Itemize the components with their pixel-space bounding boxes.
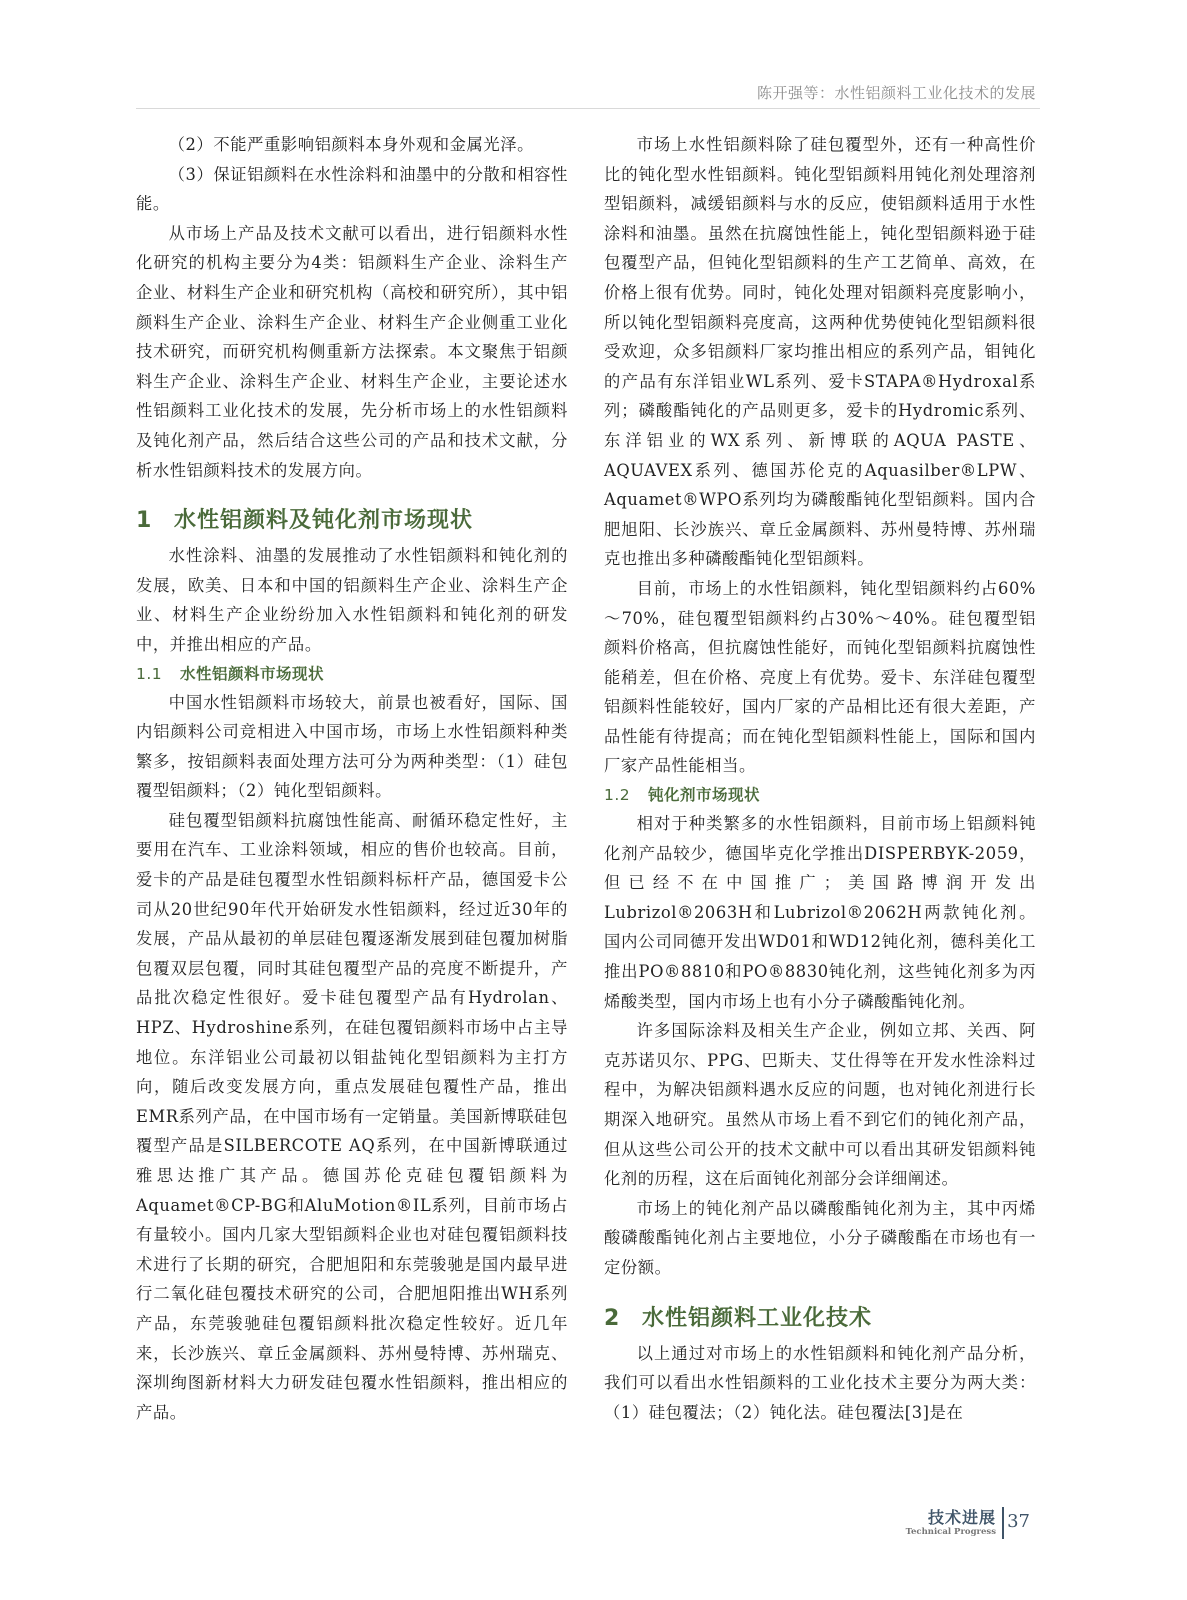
column-subtitle: Technical Progress bbox=[906, 1527, 996, 1537]
running-title: 陈开强等：水性铝颜料工业化技术的发展 bbox=[757, 82, 1036, 103]
paragraph: 相对于种类繁多的水性铝颜料，目前市场上铝颜料钝化剂产品较少，德国毕克化学推出DI… bbox=[604, 809, 1036, 1016]
paragraph: （2）不能严重影响铝颜料本身外观和金属光泽。 bbox=[136, 130, 568, 160]
paragraph: 许多国际涂料及相关生产企业，例如立邦、关西、阿克苏诺贝尔、PPG、巴斯夫、艾仕得… bbox=[604, 1016, 1036, 1194]
section-number: 2 bbox=[604, 1301, 642, 1337]
subsection-title: 钝化剂市场现状 bbox=[648, 786, 760, 804]
paragraph: （3）保证铝颜料在水性涂料和油墨中的分散和相容性能。 bbox=[136, 160, 568, 219]
paragraph: 市场上的钝化剂产品以磷酸酯钝化剂为主，其中丙烯酸磷酸酯钝化剂占主要地位，小分子磷… bbox=[604, 1194, 1036, 1283]
subsection-heading-1-2: 1.2钝化剂市场现状 bbox=[604, 781, 1036, 809]
paragraph: 以上通过对市场上的水性铝颜料和钝化剂产品分析，我们可以看出水性铝颜料的工业化技术… bbox=[604, 1339, 1036, 1428]
section-title: 水性铝颜料及钝化剂市场现状 bbox=[174, 508, 473, 533]
page-footer: 技术进展 Technical Progress 37 bbox=[900, 1505, 1040, 1545]
subsection-number: 1.1 bbox=[136, 660, 180, 688]
left-column: （2）不能严重影响铝颜料本身外观和金属光泽。 （3）保证铝颜料在水性涂料和油墨中… bbox=[136, 130, 568, 1427]
footer-divider bbox=[1002, 1507, 1004, 1539]
section-title: 水性铝颜料工业化技术 bbox=[642, 1306, 872, 1331]
running-header: 陈开强等：水性铝颜料工业化技术的发展 bbox=[136, 80, 1040, 109]
paragraph: 水性涂料、油墨的发展推动了水性铝颜料和钝化剂的发展，欧美、日本和中国的铝颜料生产… bbox=[136, 541, 568, 659]
page-number: 37 bbox=[1007, 1511, 1030, 1532]
section-number: 1 bbox=[136, 503, 174, 539]
right-column: 市场上水性铝颜料除了硅包覆型外，还有一种高性价比的钝化型水性铝颜料。钝化型铝颜料… bbox=[604, 130, 1036, 1427]
paragraph: 目前，市场上的水性铝颜料，钝化型铝颜料约占60%～70%，硅包覆型铝颜料约占30… bbox=[604, 574, 1036, 781]
paragraph: 中国水性铝颜料市场较大，前景也被看好，国际、国内铝颜料公司竞相进入中国市场，市场… bbox=[136, 688, 568, 806]
subsection-title: 水性铝颜料市场现状 bbox=[180, 665, 324, 683]
column-title: 技术进展 bbox=[928, 1505, 996, 1528]
paragraph: 硅包覆型铝颜料抗腐蚀性能高、耐循环稳定性好，主要用在汽车、工业涂料领域，相应的售… bbox=[136, 806, 568, 1427]
paragraph: 从市场上产品及技术文献可以看出，进行铝颜料水性化研究的机构主要分为4类：铝颜料生… bbox=[136, 219, 568, 485]
section-heading-1: 1水性铝颜料及钝化剂市场现状 bbox=[136, 503, 568, 539]
section-heading-2: 2水性铝颜料工业化技术 bbox=[604, 1301, 1036, 1337]
paragraph: 市场上水性铝颜料除了硅包覆型外，还有一种高性价比的钝化型水性铝颜料。钝化型铝颜料… bbox=[604, 130, 1036, 574]
subsection-heading-1-1: 1.1水性铝颜料市场现状 bbox=[136, 660, 568, 688]
subsection-number: 1.2 bbox=[604, 781, 648, 809]
